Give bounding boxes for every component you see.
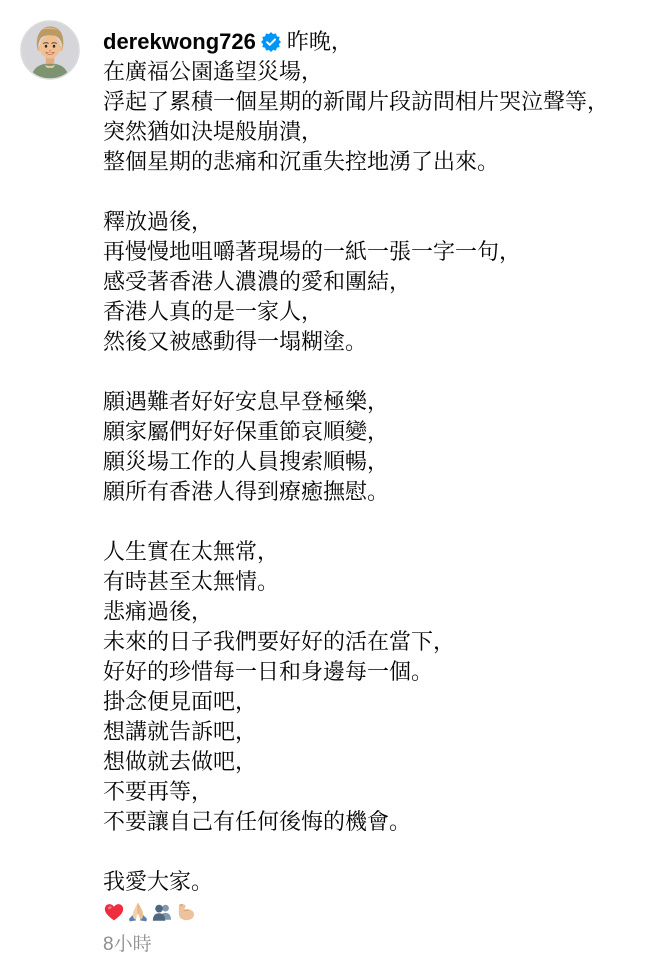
flexed-biceps-emoji [175,901,197,923]
post-content: derekwong726 昨晚， 在廣福公園遙望災場， 浮起了累積一個星期的新聞… [103,0,642,957]
username[interactable]: derekwong726 [103,29,256,54]
timestamp: 8小時 [103,933,642,957]
avatar[interactable] [20,20,80,80]
post-view: derekwong726 昨晚， 在廣福公園遙望災場， 浮起了累積一個星期的新聞… [0,0,658,976]
caption-text: 昨晚， 在廣福公園遙望災場， 浮起了累積一個星期的新聞片段訪問相片哭泣聲等， 突… [103,29,609,894]
red-heart-emoji [103,901,125,923]
caption: derekwong726 昨晚， 在廣福公園遙望災場， 浮起了累積一個星期的新聞… [103,27,642,897]
verified-badge-icon [261,32,281,52]
emoji-row [103,897,642,927]
busts-in-silhouette-emoji [151,901,173,923]
folded-hands-emoji [127,901,149,923]
avatar-photo [20,20,80,80]
